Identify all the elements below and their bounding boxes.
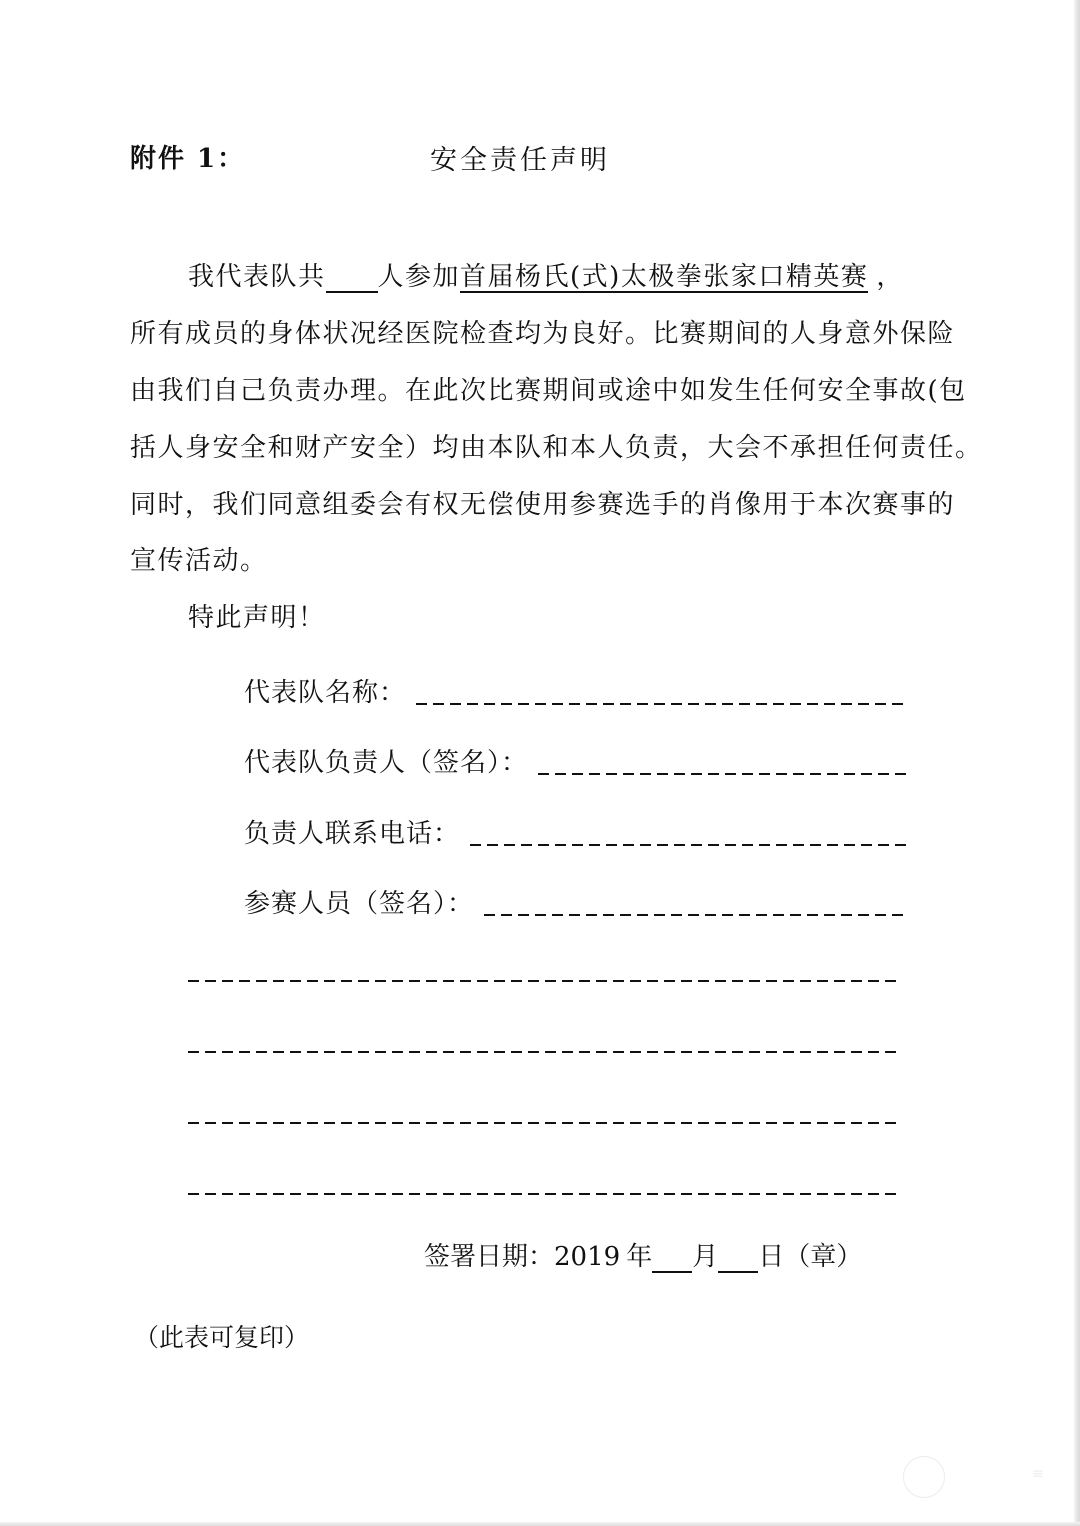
text-middle: 人参加 <box>378 262 461 292</box>
event-name: 首届杨氏(式)太极拳张家口精英赛 <box>460 264 868 293</box>
seal-label: （章） <box>784 1242 862 1272</box>
paragraph-line-5: 同时，我们同意组委会有权无偿使用参赛选手的肖像用于本次赛事的 <box>130 484 955 521</box>
field-team-leader-signature: 代表队负责人（签名）： <box>244 742 908 779</box>
team-count-blank[interactable] <box>326 264 378 293</box>
day-blank[interactable] <box>718 1244 758 1273</box>
date-label: 签署日期： <box>424 1242 554 1272</box>
leader-signature-input-line[interactable] <box>538 773 908 775</box>
paragraph-line-2: 所有成员的身体状况经医院检查均为良好。比赛期间的人身意外保险 <box>130 313 955 350</box>
photocopy-note: （此表可复印） <box>134 1318 309 1354</box>
participant-signature-line-4[interactable] <box>188 1193 898 1195</box>
participant-signature-line-3[interactable] <box>188 1122 898 1124</box>
paragraph-line-1: 我代表队共 人参加 首届杨氏(式)太极拳张家口精英赛 ， <box>188 256 904 293</box>
field-label: 代表队名称： <box>244 672 406 709</box>
field-label: 负责人联系电话： <box>244 813 460 850</box>
month-unit: 月 <box>692 1242 718 1272</box>
field-leader-phone: 负责人联系电话： <box>244 813 908 850</box>
field-label: 参赛人员（签名）： <box>244 883 474 920</box>
page-edge-shadow <box>1074 0 1080 1526</box>
year-unit: 年 <box>626 1242 652 1272</box>
field-team-name: 代表队名称： <box>244 672 906 709</box>
team-name-input-line[interactable] <box>416 703 906 705</box>
leader-phone-input-line[interactable] <box>470 844 908 846</box>
attachment-label: 附件 1： <box>130 138 245 175</box>
field-label: 代表队负责人（签名）： <box>244 742 528 779</box>
paragraph-line-6: 宣传活动。 <box>130 540 268 577</box>
text-suffix: ， <box>876 262 904 292</box>
participant-signature-line-2[interactable] <box>188 1051 898 1053</box>
paragraph-line-3: 由我们自己负责办理。在此次比赛期间或途中如发生任何安全事故(包 <box>130 370 967 407</box>
text-prefix: 我代表队共 <box>188 262 326 292</box>
day-unit: 日 <box>758 1242 784 1272</box>
watermark-mark-icon: ≡ <box>1032 1466 1044 1482</box>
date-year: 2019 <box>554 1242 620 1272</box>
page-bottom-edge <box>0 1522 1080 1526</box>
paragraph-line-4: 括人身安全和财产安全）均由本队和本人负责，大会不承担任何责任。 <box>130 427 983 464</box>
declaration: 特此声明！ <box>188 597 326 634</box>
document-title: 安全责任声明 <box>430 138 610 177</box>
field-participants-signature: 参赛人员（签名）： <box>244 883 908 920</box>
participant-signature-line-1[interactable] <box>188 980 898 982</box>
month-blank[interactable] <box>652 1244 692 1273</box>
participants-signature-input-line[interactable] <box>484 914 908 916</box>
signature-date: 签署日期：2019年 月 日（章） <box>424 1236 862 1273</box>
watermark-logo-icon <box>903 1456 945 1498</box>
